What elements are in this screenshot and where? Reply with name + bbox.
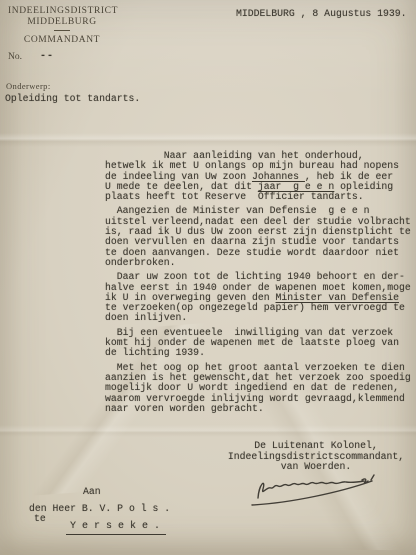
body-line: plaats heeft tot Reserve Officier tandar… [105, 192, 411, 202]
paragraph: Bij een eventueele inwilliging van dat v… [105, 328, 411, 359]
recipient-name: den Heer B. V. P o l s . [29, 503, 170, 514]
letterhead-rule [54, 30, 70, 31]
handwritten-signature [246, 472, 378, 512]
dateline: MIDDELBURG , 8 Augustus 1939. [236, 8, 407, 19]
text-segment: de lichting 1939. [105, 347, 205, 358]
signature-block-lines: De Luitenant Kolonel,Indeelingsdistricts… [220, 441, 412, 473]
body-line: doen inlijven. [105, 313, 411, 323]
number-value: -- [40, 51, 54, 62]
text-segment: plaats heeft tot Reserve Officier tandar… [105, 191, 364, 202]
paragraph: Naar aanleiding van het onderhoud,hetwel… [105, 151, 411, 202]
subject-value: Opleiding tot tandarts. [5, 93, 140, 104]
recipient-te-label: te [34, 513, 46, 524]
text-segment: doen inlijven. [105, 312, 187, 323]
subject-label: Onderwerp: [6, 81, 51, 91]
letterhead-district-line2: MIDDELBURG [8, 17, 116, 27]
body-line: naar voren worden gebracht. [105, 404, 411, 414]
paragraph: Daar uw zoon tot de lichting 1940 behoor… [105, 272, 411, 323]
body-line: onderbroken. [105, 258, 411, 268]
text-segment: onderbroken. [105, 257, 176, 268]
body-line: de lichting 1939. [105, 348, 411, 358]
recipient-place: Y e r s e k e . [66, 521, 166, 535]
text-segment: naar voren worden gebracht. [105, 403, 264, 414]
letter-document: INDEELINGSDISTRICT MIDDELBURG COMMANDANT… [0, 0, 416, 555]
letterhead-rank: COMMANDANT [8, 35, 116, 45]
signature-block-line: De Luitenant Kolonel, [220, 441, 412, 452]
paper-crease-horizontal-top [0, 133, 416, 147]
letter-body: Naar aanleiding van het onderhoud,hetwel… [105, 151, 411, 418]
letterhead-district-line1: INDEELINGSDISTRICT [8, 6, 116, 16]
paragraph: Aangezien de Minister van Defensie g e e… [105, 206, 411, 268]
number-label: No. [8, 52, 22, 62]
recipient-aan-label: Aan [83, 486, 101, 497]
paragraph: Met het oog op het groot aantal verzoeke… [105, 363, 411, 414]
letterhead: INDEELINGSDISTRICT MIDDELBURG COMMANDANT [8, 6, 116, 45]
